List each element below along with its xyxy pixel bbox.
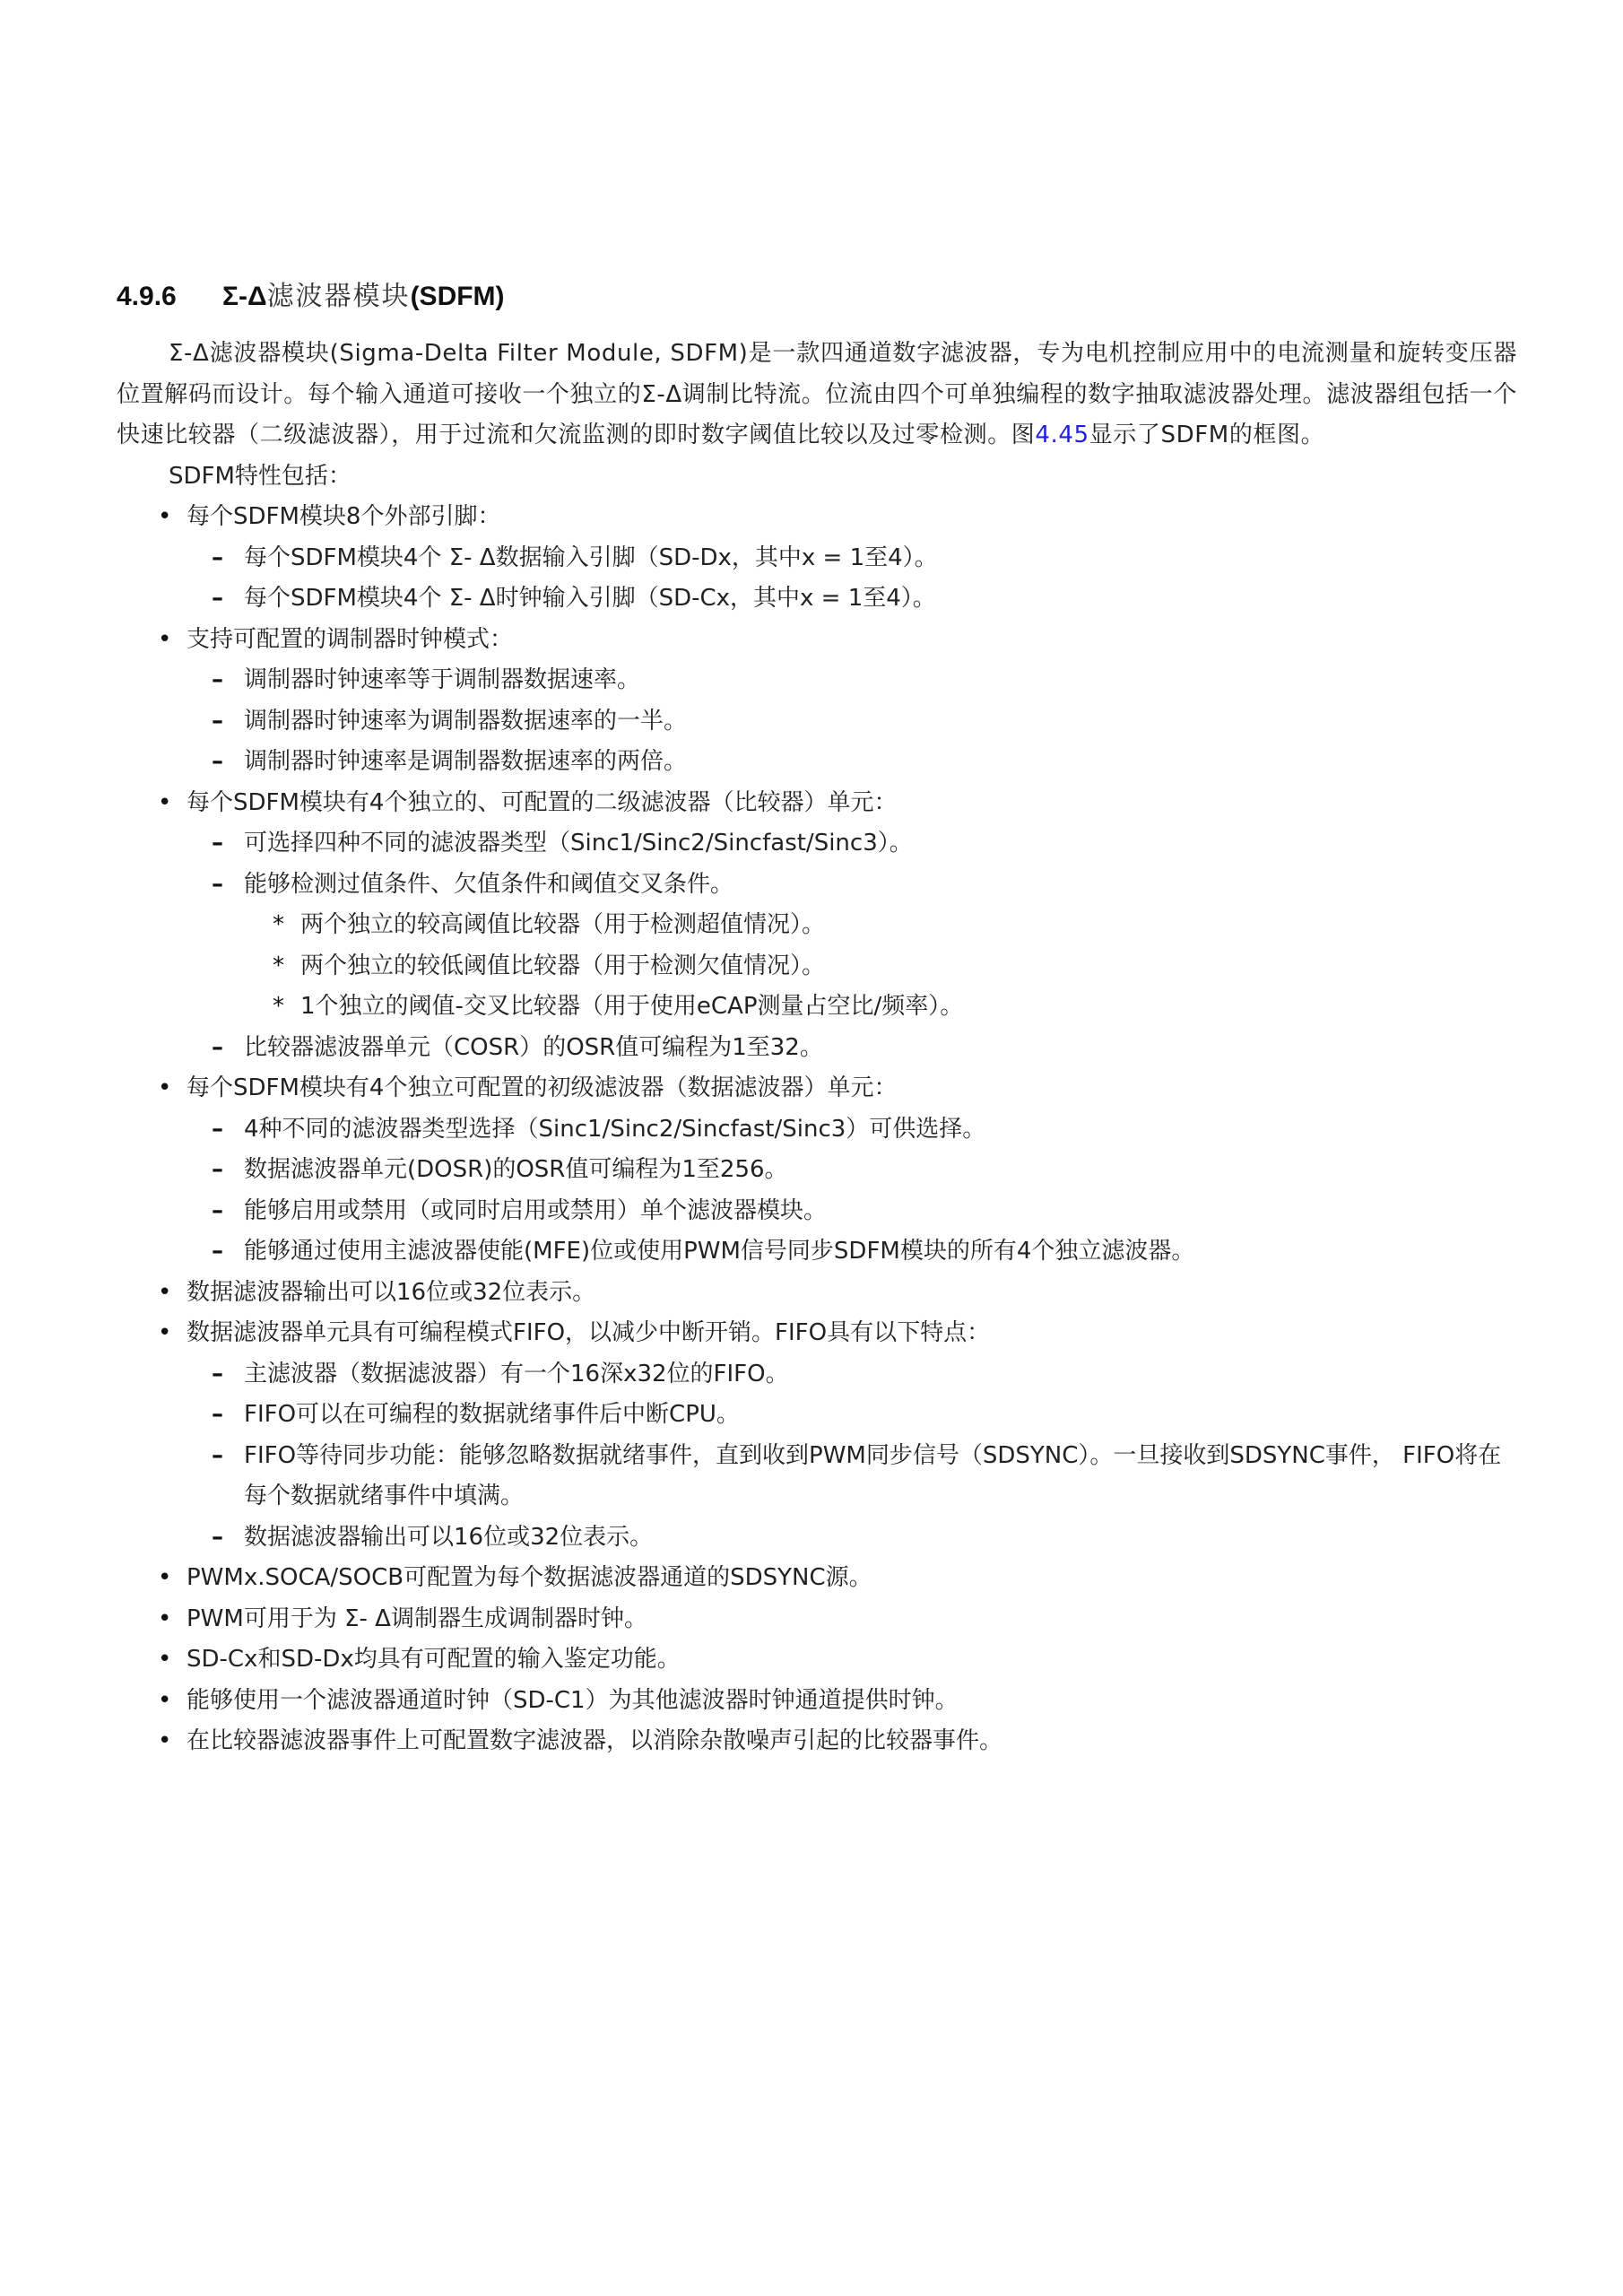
list-item-text: 支持可配置的调制器时钟模式：	[187, 626, 513, 653]
dash-icon: –	[212, 1231, 223, 1273]
section-body: Σ-Δ滤波器模块(Sigma-Delta Filter Module, SDFM…	[117, 334, 1517, 1762]
dash-icon: –	[212, 823, 223, 865]
list-item-text: 在比较器滤波器事件上可配置数字滤波器，以消除杂散噪声引起的比较器事件。	[187, 1727, 1002, 1754]
list-item-text: PWMx.SOCA/SOCB可配置为每个数据滤波器通道的SDSYNC源。	[187, 1564, 872, 1591]
list-item: *两个独立的较高阈值比较器（用于检测超值情况）。	[117, 905, 1517, 946]
list-item-text: 数据滤波器输出可以16位或32位表示。	[244, 1524, 653, 1551]
list-item-text: PWM可用于为 Σ- Δ调制器生成调制器时钟。	[187, 1605, 647, 1632]
document-page: 4.9.6Σ-Δ滤波器模块(SDFM) Σ-Δ滤波器模块(Sigma-Delta…	[0, 0, 1623, 2296]
bullet-icon: •	[158, 1273, 171, 1314]
bullet-icon: •	[158, 1068, 171, 1109]
list-item: •支持可配置的调制器时钟模式：	[117, 620, 1517, 661]
dash-icon: –	[212, 1518, 223, 1559]
list-item-text: 每个SDFM模块4个 Σ- Δ时钟输入引脚（SD-Cx，其中x = 1至4）。	[244, 585, 936, 612]
list-item: •每个SDFM模块8个外部引脚：	[117, 497, 1517, 538]
dash-icon: –	[212, 660, 223, 701]
bullet-icon: •	[158, 497, 171, 538]
list-item: •数据滤波器输出可以16位或32位表示。	[117, 1273, 1517, 1314]
list-item: *两个独立的较低阈值比较器（用于检测欠值情况）。	[117, 946, 1517, 987]
list-item-text: 能够使用一个滤波器通道时钟（SD-C1）为其他滤波器时钟通道提供时钟。	[187, 1687, 959, 1714]
feature-list: •每个SDFM模块8个外部引脚：–每个SDFM模块4个 Σ- Δ数据输入引脚（S…	[117, 497, 1517, 1762]
asterisk-icon: *	[273, 946, 284, 987]
list-item-text: 每个SDFM模块8个外部引脚：	[187, 503, 500, 530]
dash-icon: –	[212, 1150, 223, 1191]
list-item: –能够通过使用主滤波器使能(MFE)位或使用PWM信号同步SDFM模块的所有4个…	[117, 1231, 1517, 1273]
list-item: –FIFO等待同步功能：能够忽略数据就绪事件，直到收到PWM同步信号（SDSYN…	[117, 1436, 1517, 1518]
bullet-icon: •	[158, 1558, 171, 1599]
list-item-text: 可选择四种不同的滤波器类型（Sinc1/Sinc2/Sincfast/Sinc3…	[244, 830, 913, 857]
section-title-suffix: (SDFM)	[411, 282, 505, 311]
list-item: –每个SDFM模块4个 Σ- Δ数据输入引脚（SD-Dx，其中x = 1至4）。	[117, 538, 1517, 579]
dash-icon: –	[212, 1436, 223, 1477]
list-item-text: 调制器时钟速率为调制器数据速率的一半。	[244, 708, 687, 735]
section-title-prefix: Σ-Δ	[222, 282, 267, 311]
dash-icon: –	[212, 538, 223, 579]
bullet-icon: •	[158, 1313, 171, 1354]
list-item-text: 每个SDFM模块有4个独立的、可配置的二级滤波器（比较器）单元：	[187, 789, 897, 816]
dash-icon: –	[212, 1191, 223, 1232]
bullet-icon: •	[158, 1681, 171, 1722]
dash-icon: –	[212, 1109, 223, 1151]
dash-icon: –	[212, 1028, 223, 1069]
list-item: –每个SDFM模块4个 Σ- Δ时钟输入引脚（SD-Cx，其中x = 1至4）。	[117, 578, 1517, 620]
list-item: *1个独立的阈值-交叉比较器（用于使用eCAP测量占空比/频率）。	[117, 987, 1517, 1028]
bullet-icon: •	[158, 1639, 171, 1681]
list-item-text: 两个独立的较低阈值比较器（用于检测欠值情况）。	[300, 952, 825, 979]
dash-icon: –	[212, 1395, 223, 1436]
section-number: 4.9.6	[117, 282, 222, 312]
intro-text-tail: 显示了SDFM的框图。	[1089, 422, 1325, 448]
list-item: •SD-Cx和SD-Dx均具有可配置的输入鉴定功能。	[117, 1639, 1517, 1681]
list-item-text: 比较器滤波器单元（COSR）的OSR值可编程为1至32。	[244, 1034, 823, 1061]
list-item-text: 主滤波器（数据滤波器）有一个16深x32位的FIFO。	[244, 1361, 789, 1387]
list-item-text: 调制器时钟速率等于调制器数据速率。	[244, 666, 640, 693]
list-item: –4种不同的滤波器类型选择（Sinc1/Sinc2/Sincfast/Sinc3…	[117, 1109, 1517, 1151]
list-item: –调制器时钟速率为调制器数据速率的一半。	[117, 701, 1517, 743]
list-item: –调制器时钟速率是调制器数据速率的两倍。	[117, 742, 1517, 783]
list-item-text: 数据滤波器单元(DOSR)的OSR值可编程为1至256。	[244, 1156, 788, 1183]
list-item: •每个SDFM模块有4个独立可配置的初级滤波器（数据滤波器）单元：	[117, 1068, 1517, 1109]
intro-paragraph: Σ-Δ滤波器模块(Sigma-Delta Filter Module, SDFM…	[117, 334, 1517, 457]
section-heading: 4.9.6Σ-Δ滤波器模块(SDFM)	[117, 274, 505, 313]
dash-icon: –	[212, 1354, 223, 1396]
bullet-icon: •	[158, 1599, 171, 1640]
list-item: •每个SDFM模块有4个独立的、可配置的二级滤波器（比较器）单元：	[117, 783, 1517, 824]
bullet-icon: •	[158, 783, 171, 824]
list-item-text: 两个独立的较高阈值比较器（用于检测超值情况）。	[300, 911, 825, 938]
list-item: –FIFO可以在可编程的数据就绪事件后中断CPU。	[117, 1395, 1517, 1436]
list-item: –调制器时钟速率等于调制器数据速率。	[117, 660, 1517, 701]
list-item: •PWMx.SOCA/SOCB可配置为每个数据滤波器通道的SDSYNC源。	[117, 1558, 1517, 1599]
dash-icon: –	[212, 578, 223, 620]
figure-link[interactable]: 4.45	[1035, 422, 1089, 448]
list-item: –可选择四种不同的滤波器类型（Sinc1/Sinc2/Sincfast/Sinc…	[117, 823, 1517, 865]
list-item-text: 能够检测过值条件、欠值条件和阈值交叉条件。	[244, 871, 733, 898]
list-item: –能够检测过值条件、欠值条件和阈值交叉条件。	[117, 865, 1517, 906]
asterisk-icon: *	[273, 905, 284, 946]
list-item-text: 每个SDFM模块有4个独立可配置的初级滤波器（数据滤波器）单元：	[187, 1074, 897, 1101]
list-item: –数据滤波器输出可以16位或32位表示。	[117, 1518, 1517, 1559]
bullet-icon: •	[158, 1721, 171, 1762]
list-item-text: 调制器时钟速率是调制器数据速率的两倍。	[244, 748, 687, 775]
list-item: –能够启用或禁用（或同时启用或禁用）单个滤波器模块。	[117, 1191, 1517, 1232]
list-item-text: 1个独立的阈值-交叉比较器（用于使用eCAP测量占空比/频率）。	[300, 993, 963, 1020]
list-item: •能够使用一个滤波器通道时钟（SD-C1）为其他滤波器时钟通道提供时钟。	[117, 1681, 1517, 1722]
list-item-text: SD-Cx和SD-Dx均具有可配置的输入鉴定功能。	[187, 1646, 681, 1673]
dash-icon: –	[212, 701, 223, 743]
section-title-cjk: 滤波器模块	[267, 282, 411, 311]
list-item: •PWM可用于为 Σ- Δ调制器生成调制器时钟。	[117, 1599, 1517, 1640]
list-item: –主滤波器（数据滤波器）有一个16深x32位的FIFO。	[117, 1354, 1517, 1396]
list-item-text: 能够启用或禁用（或同时启用或禁用）单个滤波器模块。	[244, 1197, 827, 1224]
dash-icon: –	[212, 865, 223, 906]
list-item-text: FIFO可以在可编程的数据就绪事件后中断CPU。	[244, 1401, 740, 1428]
dash-icon: –	[212, 742, 223, 783]
list-item-text: 数据滤波器输出可以16位或32位表示。	[187, 1279, 595, 1306]
list-item: –数据滤波器单元(DOSR)的OSR值可编程为1至256。	[117, 1150, 1517, 1191]
list-item: –比较器滤波器单元（COSR）的OSR值可编程为1至32。	[117, 1028, 1517, 1069]
features-intro: SDFM特性包括：	[117, 457, 1517, 498]
list-item: •数据滤波器单元具有可编程模式FIFO，以减少中断开销。FIFO具有以下特点：	[117, 1313, 1517, 1354]
list-item-text: 4种不同的滤波器类型选择（Sinc1/Sinc2/Sincfast/Sinc3）…	[244, 1116, 985, 1143]
list-item-text: FIFO等待同步功能：能够忽略数据就绪事件，直到收到PWM同步信号（SDSYNC…	[244, 1442, 1501, 1510]
list-item-text: 能够通过使用主滤波器使能(MFE)位或使用PWM信号同步SDFM模块的所有4个独…	[244, 1238, 1194, 1265]
list-item: •在比较器滤波器事件上可配置数字滤波器，以消除杂散噪声引起的比较器事件。	[117, 1721, 1517, 1762]
list-item-text: 数据滤波器单元具有可编程模式FIFO，以减少中断开销。FIFO具有以下特点：	[187, 1319, 990, 1346]
list-item-text: 每个SDFM模块4个 Σ- Δ数据输入引脚（SD-Dx，其中x = 1至4）。	[244, 544, 938, 571]
bullet-icon: •	[158, 620, 171, 661]
asterisk-icon: *	[273, 987, 284, 1028]
